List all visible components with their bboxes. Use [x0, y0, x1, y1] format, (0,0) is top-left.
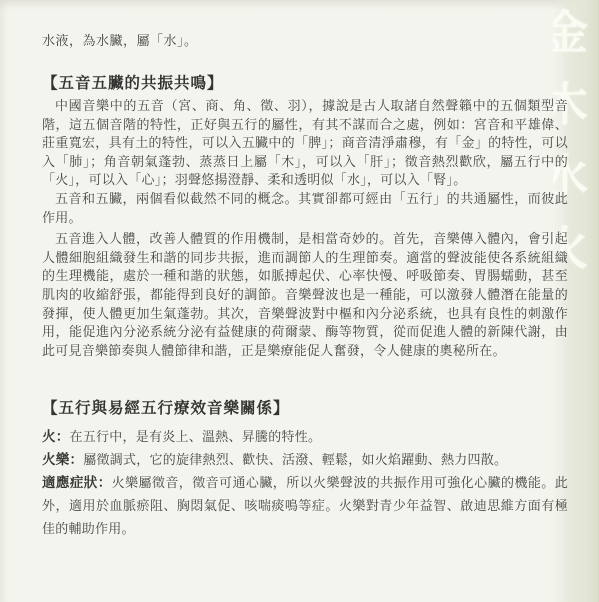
scan-shadow-top	[0, 0, 599, 10]
scan-shadow-left	[0, 0, 8, 602]
intro-sentence: 水液，為水臟，屬「水」。	[42, 32, 568, 50]
entry-fire-text: 在五行中，是有炎上、溫熱、昇騰的特性。	[70, 429, 322, 444]
entry-indications-text: 火樂屬徵音，徵音可通心臟，所以火樂聲波的共振作用可強化心臟的機能。此外，適用於血…	[42, 475, 568, 536]
section1-paragraph-3: 五音進入人體，改善人體質的作用機制，是相當奇妙的。首先，音樂傳入體內，會引起人體…	[42, 230, 568, 360]
entry-fire-music: 火樂：屬徵調式，它的旋律熱烈、歡快、活潑、輕鬆，如火焰躍動、熱力四散。	[42, 448, 568, 471]
entry-indications: 適應症狀：火樂屬徵音，徵音可通心臟，所以火樂聲波的共振作用可強化心臟的機能。此外…	[42, 471, 568, 540]
section1-paragraph-1: 中國音樂中的五音（宮、商、角、徵、羽），據說是古人取諸自然聲籟中的五個類型音階，…	[42, 97, 568, 190]
entry-indications-label: 適應症狀：	[42, 475, 112, 490]
section1-heading: 【五音五臟的共振共鳴】	[42, 71, 568, 93]
section2-heading: 【五行與易經五行療效音樂關係】	[42, 396, 568, 418]
page-text-block: 水液，為水臟，屬「水」。 【五音五臟的共振共鳴】 中國音樂中的五音（宮、商、角、…	[42, 32, 568, 540]
entry-fire-music-label: 火樂：	[42, 452, 83, 467]
entry-fire: 火：在五行中，是有炎上、溫熱、昇騰的特性。	[42, 425, 568, 448]
section1-paragraph-2: 五音和五臟，兩個看似截然不同的概念。其實卻都可經由「五行」的共通屬性，而彼此作用…	[42, 190, 568, 227]
entry-fire-music-text: 屬徵調式，它的旋律熱烈、歡快、活潑、輕鬆，如火焰躍動、熱力四散。	[83, 452, 507, 467]
entry-fire-label: 火：	[42, 429, 70, 444]
